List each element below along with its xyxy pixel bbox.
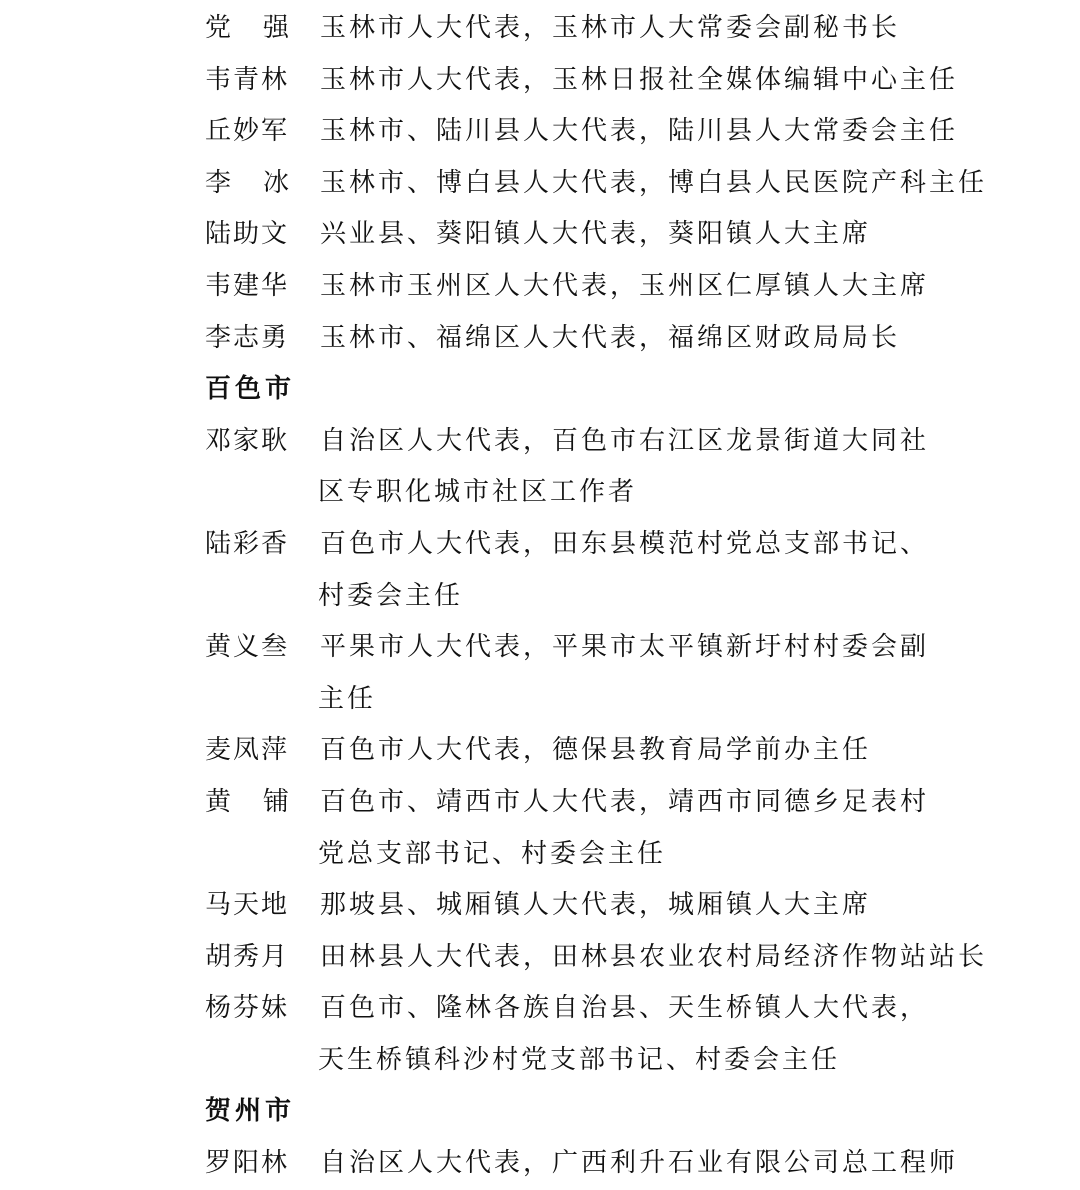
person-description-cont: 党总支部书记、村委会主任 <box>318 829 666 881</box>
name-char: 李 <box>205 158 231 210</box>
name-char: 党 <box>205 3 231 55</box>
name-char: 黄 <box>205 777 231 829</box>
person-name: 杨芬妹 <box>205 983 295 1035</box>
person-description: 平果市人大代表，平果市太平镇新圩村村委会副 <box>320 622 929 674</box>
list-item-continuation: 区专职化城市社区工作者 <box>205 467 965 519</box>
name-char: 冰 <box>263 158 289 210</box>
person-name: 陆彩香 <box>205 519 295 571</box>
person-description: 玉林市、福绵区人大代表，福绵区财政局局长 <box>320 313 900 365</box>
list-item: 麦凤萍 百色市人大代表，德保县教育局学前办主任 <box>205 725 965 777</box>
person-description-cont: 天生桥镇科沙村党支部书记、村委会主任 <box>318 1035 840 1087</box>
person-name: 黄义叁 <box>205 622 295 674</box>
person-name: 韦青林 <box>205 55 295 107</box>
person-name: 胡秀月 <box>205 932 295 984</box>
person-description: 玉林市玉州区人大代表，玉州区仁厚镇人大主席 <box>320 261 929 313</box>
person-name: 黄 铺 <box>205 777 289 829</box>
person-description: 兴业县、葵阳镇人大代表，葵阳镇人大主席 <box>320 209 871 261</box>
person-name: 陆助文 <box>205 209 295 261</box>
person-description: 百色市、靖西市人大代表，靖西市同德乡足表村 <box>320 777 929 829</box>
list-item: 黄 铺 百色市、靖西市人大代表，靖西市同德乡足表村 <box>205 777 965 829</box>
person-name: 韦建华 <box>205 261 295 313</box>
person-description: 那坡县、城厢镇人大代表，城厢镇人大主席 <box>320 880 871 932</box>
list-item: 陆助文 兴业县、葵阳镇人大代表，葵阳镇人大主席 <box>205 209 965 261</box>
person-description: 百色市、隆林各族自治县、天生桥镇人大代表， <box>320 983 929 1035</box>
list-item: 韦青林 玉林市人大代表，玉林日报社全媒体编辑中心主任 <box>205 55 965 107</box>
name-char: 铺 <box>263 777 289 829</box>
person-description: 玉林市人大代表，玉林市人大常委会副秘书长 <box>320 3 900 55</box>
list-item: 党 强 玉林市人大代表，玉林市人大常委会副秘书长 <box>205 3 965 55</box>
person-description: 玉林市人大代表，玉林日报社全媒体编辑中心主任 <box>320 55 958 107</box>
list-item-continuation: 党总支部书记、村委会主任 <box>205 829 965 881</box>
list-item-continuation: 村委会主任 <box>205 571 965 623</box>
list-item: 李志勇 玉林市、福绵区人大代表，福绵区财政局局长 <box>205 313 965 365</box>
list-item: 丘妙军 玉林市、陆川县人大代表，陆川县人大常委会主任 <box>205 106 965 158</box>
list-item: 罗阳林 自治区人大代表，广西利升石业有限公司总工程师 <box>205 1138 965 1190</box>
list-item-continuation: 天生桥镇科沙村党支部书记、村委会主任 <box>205 1035 965 1087</box>
person-description-cont: 村委会主任 <box>318 571 463 623</box>
person-name: 李志勇 <box>205 313 295 365</box>
person-description: 百色市人大代表，德保县教育局学前办主任 <box>320 725 871 777</box>
list-item: 黄义叁 平果市人大代表，平果市太平镇新圩村村委会副 <box>205 622 965 674</box>
person-description-cont: 主任 <box>318 674 376 726</box>
person-description: 自治区人大代表，百色市右江区龙景街道大同社 <box>320 416 929 468</box>
list-item: 邓家耿 自治区人大代表，百色市右江区龙景街道大同社 <box>205 416 965 468</box>
section-heading: 百色市 <box>205 364 965 416</box>
person-name: 丘妙军 <box>205 106 295 158</box>
list-item: 韦建华 玉林市玉州区人大代表，玉州区仁厚镇人大主席 <box>205 261 965 313</box>
person-name: 党 强 <box>205 3 289 55</box>
name-char: 强 <box>263 3 289 55</box>
person-description: 自治区人大代表，广西利升石业有限公司总工程师 <box>320 1138 958 1190</box>
list-item: 李 冰 玉林市、博白县人大代表，博白县人民医院产科主任 <box>205 158 965 210</box>
section-heading: 贺州市 <box>205 1086 965 1138</box>
list-item-continuation: 主任 <box>205 674 965 726</box>
person-name: 李 冰 <box>205 158 289 210</box>
list-item: 马天地 那坡县、城厢镇人大代表，城厢镇人大主席 <box>205 880 965 932</box>
person-name: 麦凤萍 <box>205 725 295 777</box>
person-description: 玉林市、博白县人大代表，博白县人民医院产科主任 <box>320 158 987 210</box>
person-description-cont: 区专职化城市社区工作者 <box>318 467 637 519</box>
list-item: 陆彩香 百色市人大代表，田东县模范村党总支部书记、 <box>205 519 965 571</box>
person-name: 邓家耿 <box>205 416 295 468</box>
person-description: 田林县人大代表，田林县农业农村局经济作物站站长 <box>320 932 987 984</box>
list-item: 胡秀月 田林县人大代表，田林县农业农村局经济作物站站长 <box>205 932 965 984</box>
list-item: 杨芬妹 百色市、隆林各族自治县、天生桥镇人大代表， <box>205 983 965 1035</box>
representative-list: 党 强 玉林市人大代表，玉林市人大常委会副秘书长 韦青林 玉林市人大代表，玉林日… <box>205 3 965 1190</box>
person-name: 马天地 <box>205 880 295 932</box>
person-name: 罗阳林 <box>205 1138 295 1190</box>
person-description: 百色市人大代表，田东县模范村党总支部书记、 <box>320 519 929 571</box>
person-description: 玉林市、陆川县人大代表，陆川县人大常委会主任 <box>320 106 958 158</box>
